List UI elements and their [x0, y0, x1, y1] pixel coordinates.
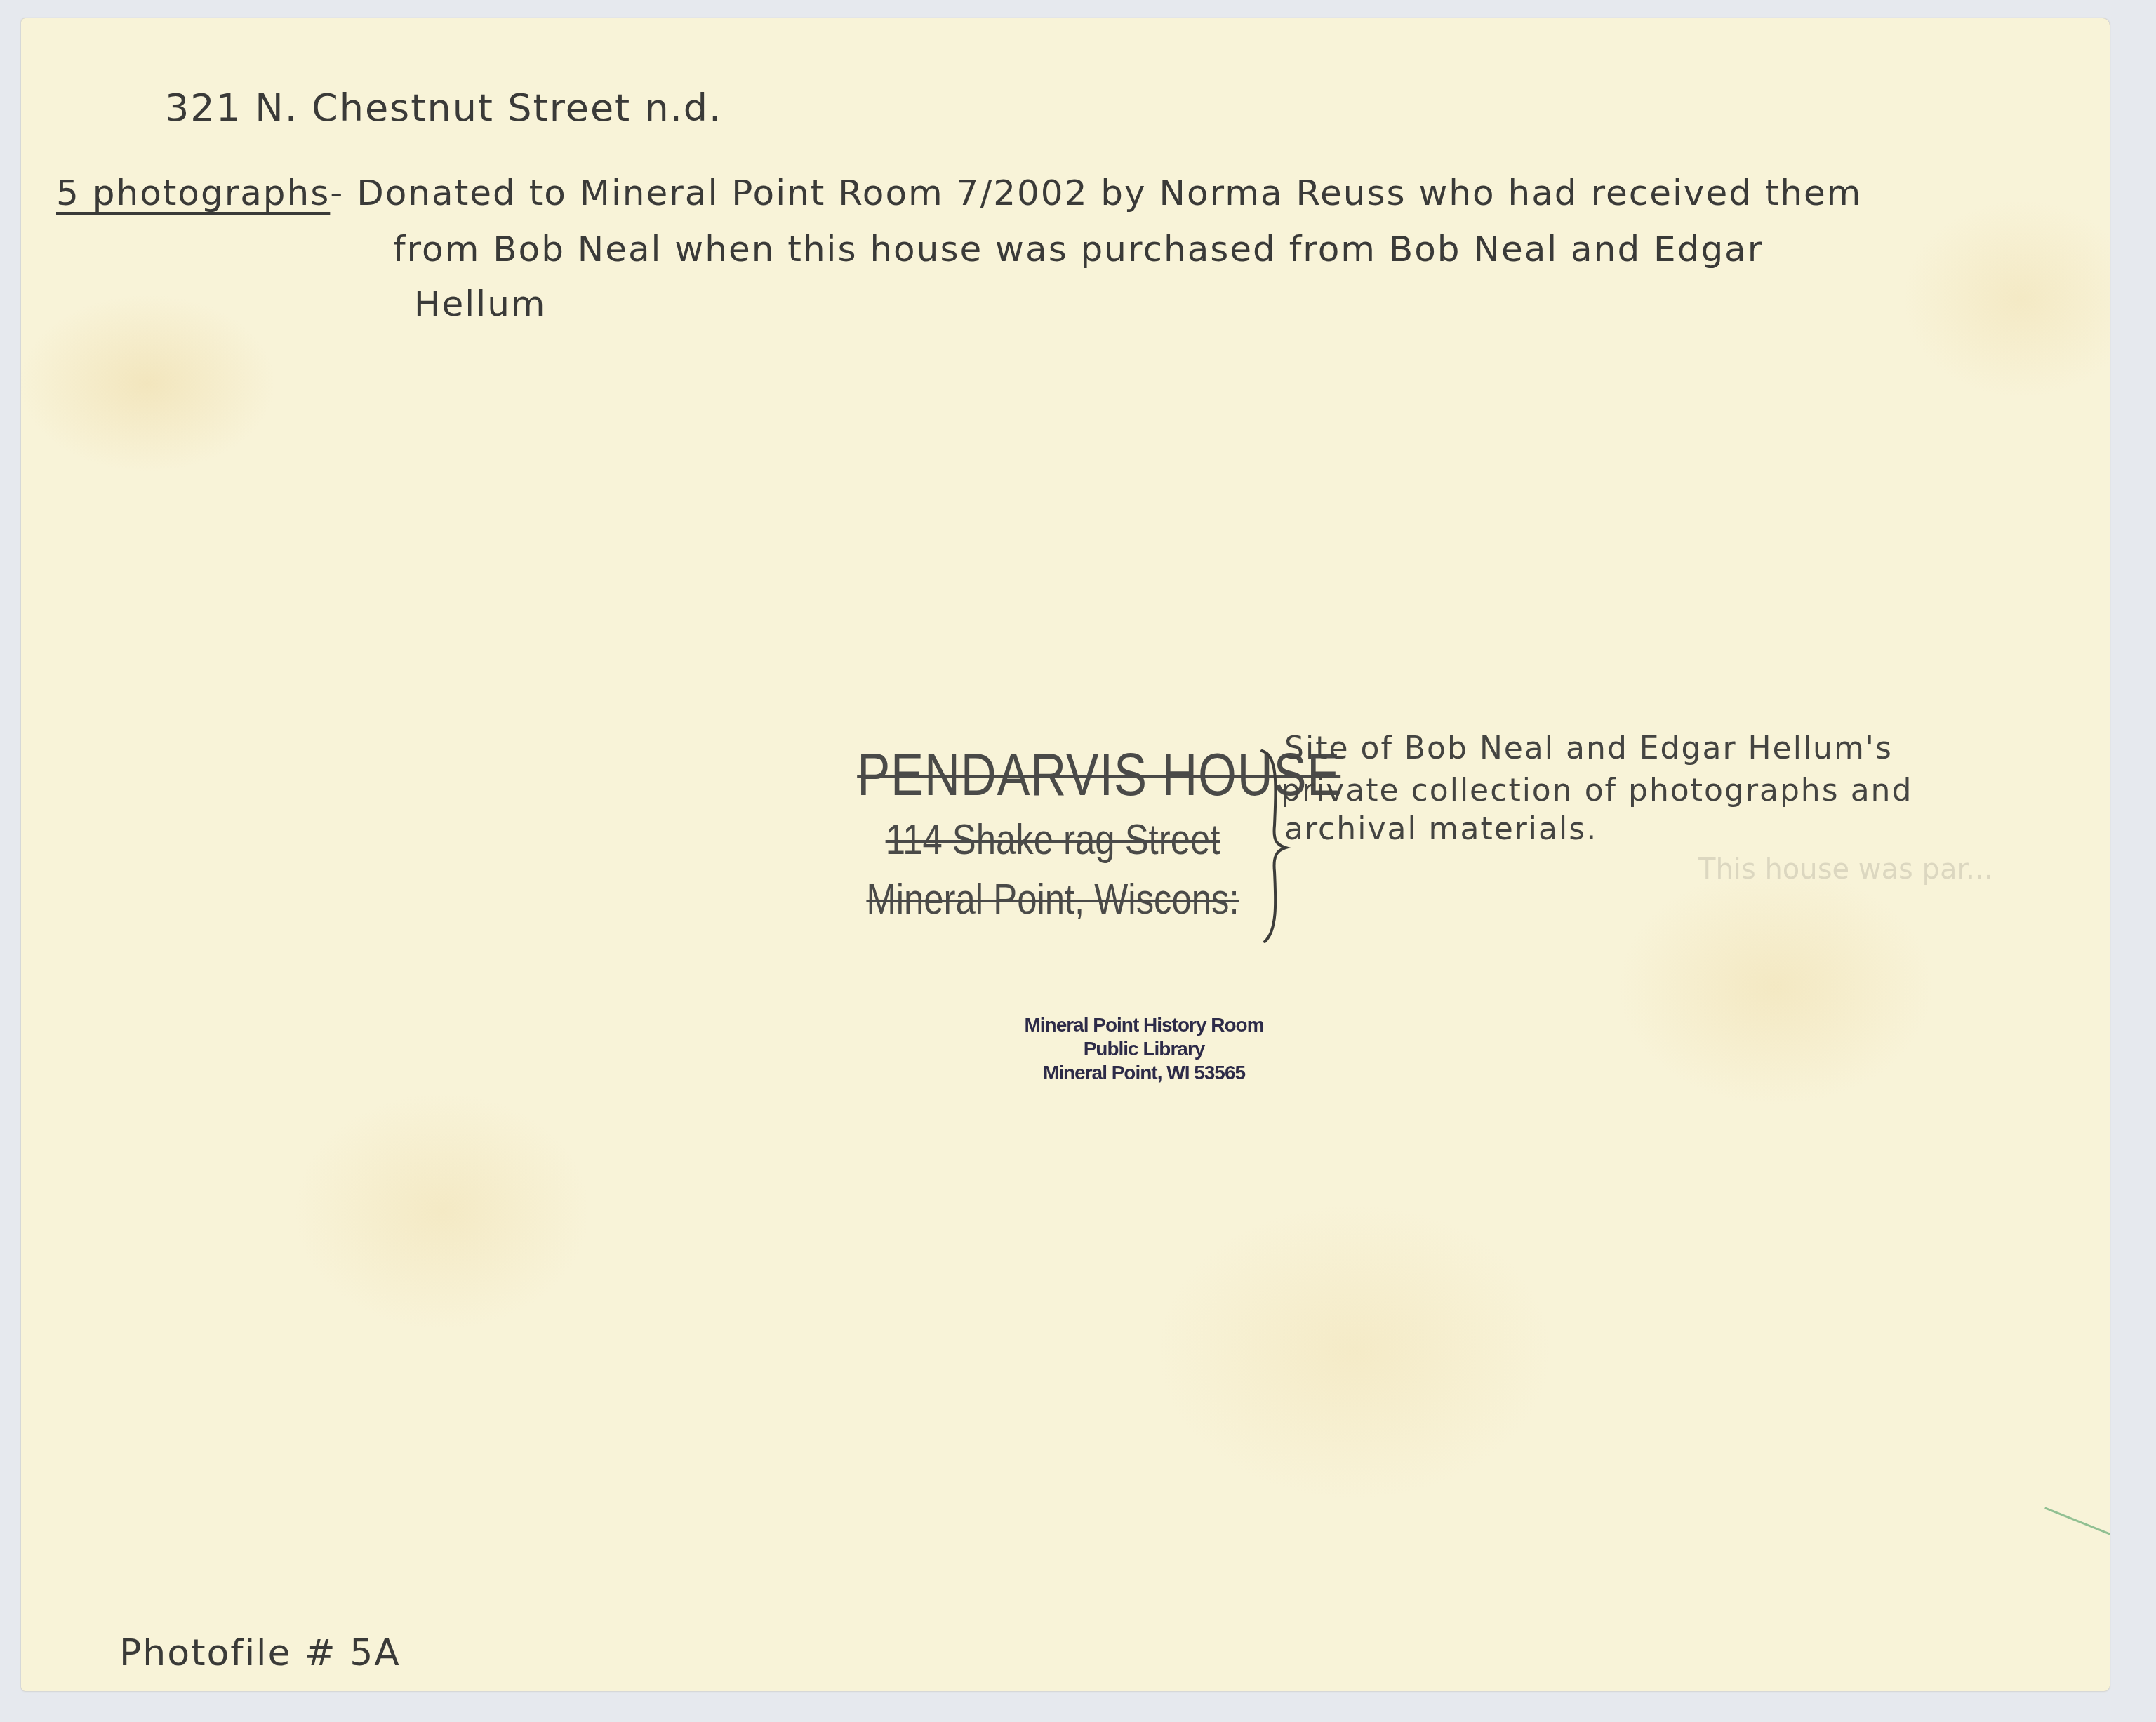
donation-line-2: from Bob Neal when this house was purcha… — [393, 229, 1763, 269]
annotation-line-3: archival materials. — [1284, 811, 1597, 847]
erased-text: This house was par... — [1698, 853, 1992, 886]
stamp-city: Mineral Point, Wiscons: — [857, 872, 1249, 928]
green-pencil-mark — [2044, 1507, 2110, 1535]
photo-card-verso: 321 N. Chestnut Street n.d. 5 photograph… — [21, 18, 2110, 1691]
library-stamp-line-2: Public Library — [976, 1037, 1312, 1061]
annotation-line-2: private collection of photographs and — [1281, 773, 1912, 808]
library-stamp-line-1: Mineral Point History Room — [976, 1013, 1312, 1037]
photofile-label: Photofile # 5A — [119, 1632, 401, 1674]
pendarvis-house-stamp: PENDARVIS HOUSE 114 Shake rag Street Min… — [814, 741, 1291, 928]
stamp-name: PENDARVIS HOUSE — [857, 741, 1249, 808]
annotation-line-1: Site of Bob Neal and Edgar Hellum's — [1284, 730, 1893, 766]
library-stamp-line-3: Mineral Point, WI 53565 — [976, 1061, 1312, 1085]
address-line: 321 N. Chestnut Street n.d. — [165, 86, 722, 130]
donation-line-1: 5 photographs- Donated to Mineral Point … — [56, 173, 1863, 213]
photo-count-label: 5 photographs — [56, 173, 330, 213]
donation-line-3: Hellum — [414, 283, 547, 324]
library-stamp: Mineral Point History Room Public Librar… — [976, 1013, 1312, 1085]
stamp-street: 114 Shake rag Street — [857, 808, 1249, 872]
donation-text-1: - Donated to Mineral Point Room 7/2002 b… — [330, 173, 1862, 213]
